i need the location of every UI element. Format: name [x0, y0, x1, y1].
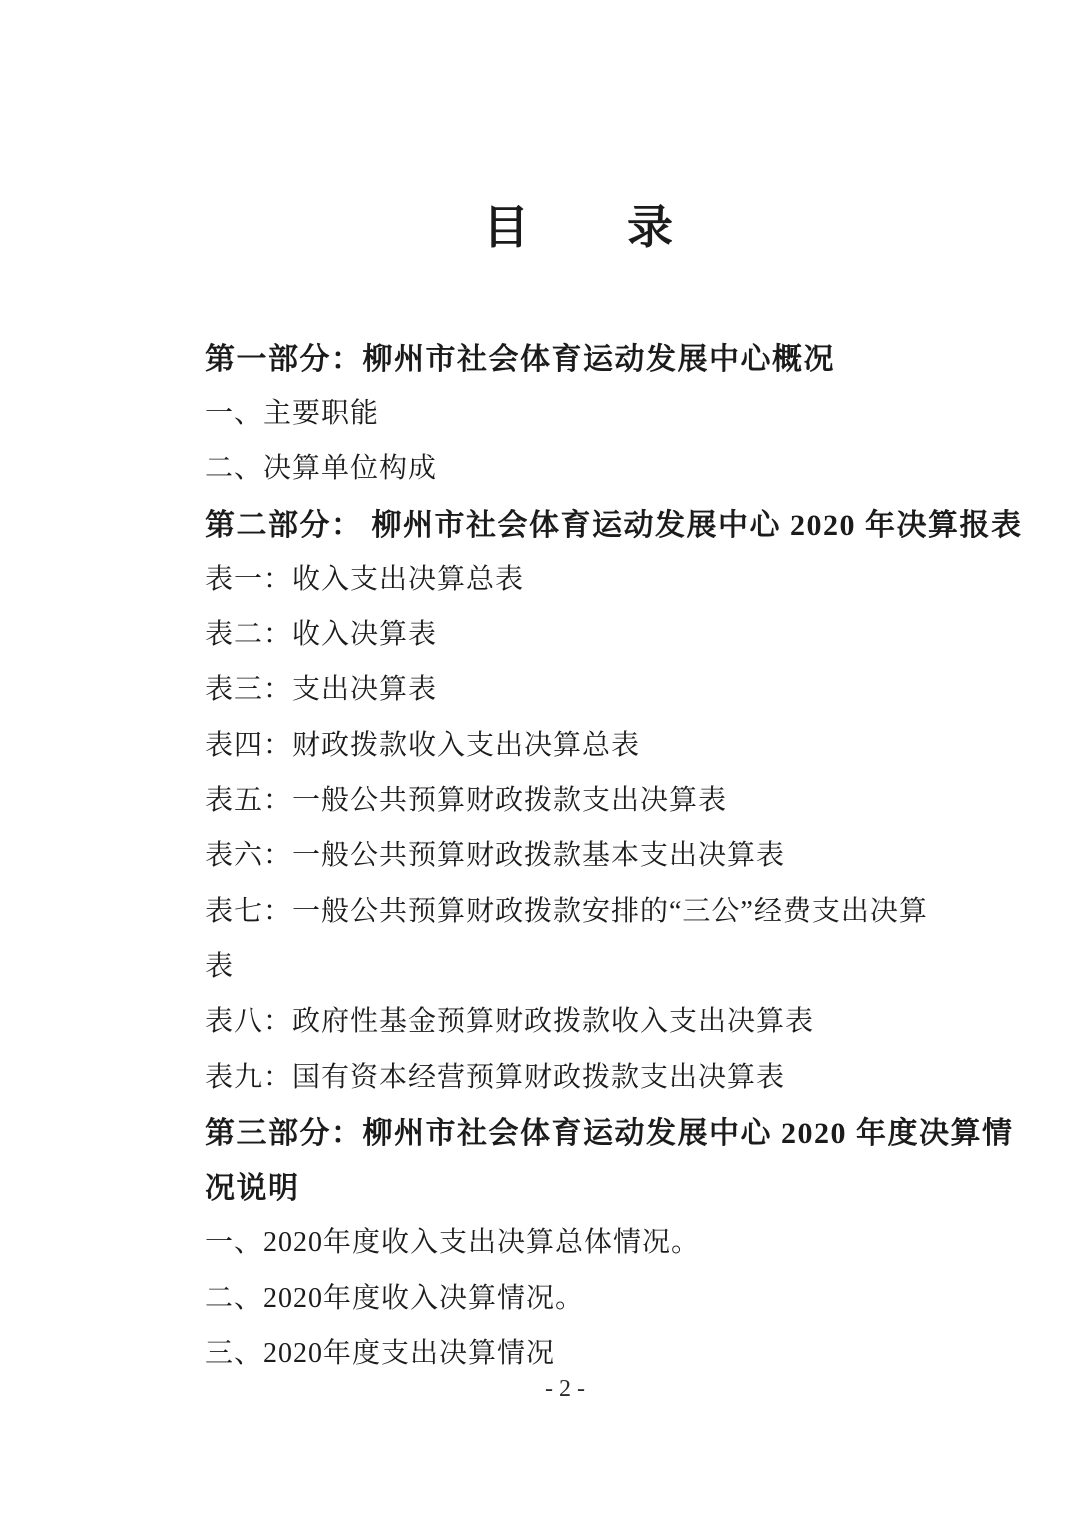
toc-section-heading: 第二部分： 柳州市社会体育运动发展中心 2020 年决算报表 [205, 494, 965, 549]
toc-entry: 二、2020年度收入决算情况。 [205, 1268, 965, 1323]
toc-entry: 表四：财政拨款收入支出决算总表 [205, 715, 965, 770]
toc-entry: 二、决算单位构成 [205, 439, 965, 494]
page-title: 目 录 [205, 198, 953, 258]
toc-entry: 一、2020年度收入支出决算总体情况。 [205, 1213, 965, 1268]
toc-entry: 表三：支出决算表 [205, 660, 965, 715]
toc-entry: 表五：一般公共预算财政拨款支出决算表 [205, 770, 965, 825]
toc-section-heading: 第一部分：柳州市社会体育运动发展中心概况 [205, 328, 965, 383]
table-of-contents: 第一部分：柳州市社会体育运动发展中心概况 一、主要职能 二、决算单位构成 第二部… [205, 328, 965, 1379]
page-number: - 2 - [205, 1376, 925, 1403]
toc-entry: 三、2020年度支出决算情况 [205, 1323, 965, 1378]
toc-section-heading-wrap-continuation: 况说明 [205, 1157, 965, 1212]
toc-entry: 表九：国有资本经营预算财政拨款支出决算表 [205, 1047, 965, 1102]
document-page: 目 录 第一部分：柳州市社会体育运动发展中心概况 一、主要职能 二、决算单位构成… [0, 0, 1074, 1520]
toc-section-heading: 第三部分：柳州市社会体育运动发展中心 2020 年度决算情 [205, 1102, 965, 1157]
toc-entry: 表一：收入支出决算总表 [205, 549, 965, 604]
toc-entry: 表二：收入决算表 [205, 604, 965, 659]
toc-entry: 一、主要职能 [205, 383, 965, 438]
toc-entry-wrap-continuation: 表 [205, 936, 965, 991]
toc-entry: 表七：一般公共预算财政拨款安排的“三公”经费支出决算 [205, 881, 965, 936]
toc-entry: 表八：政府性基金预算财政拨款收入支出决算表 [205, 992, 965, 1047]
toc-entry: 表六：一般公共预算财政拨款基本支出决算表 [205, 826, 965, 881]
